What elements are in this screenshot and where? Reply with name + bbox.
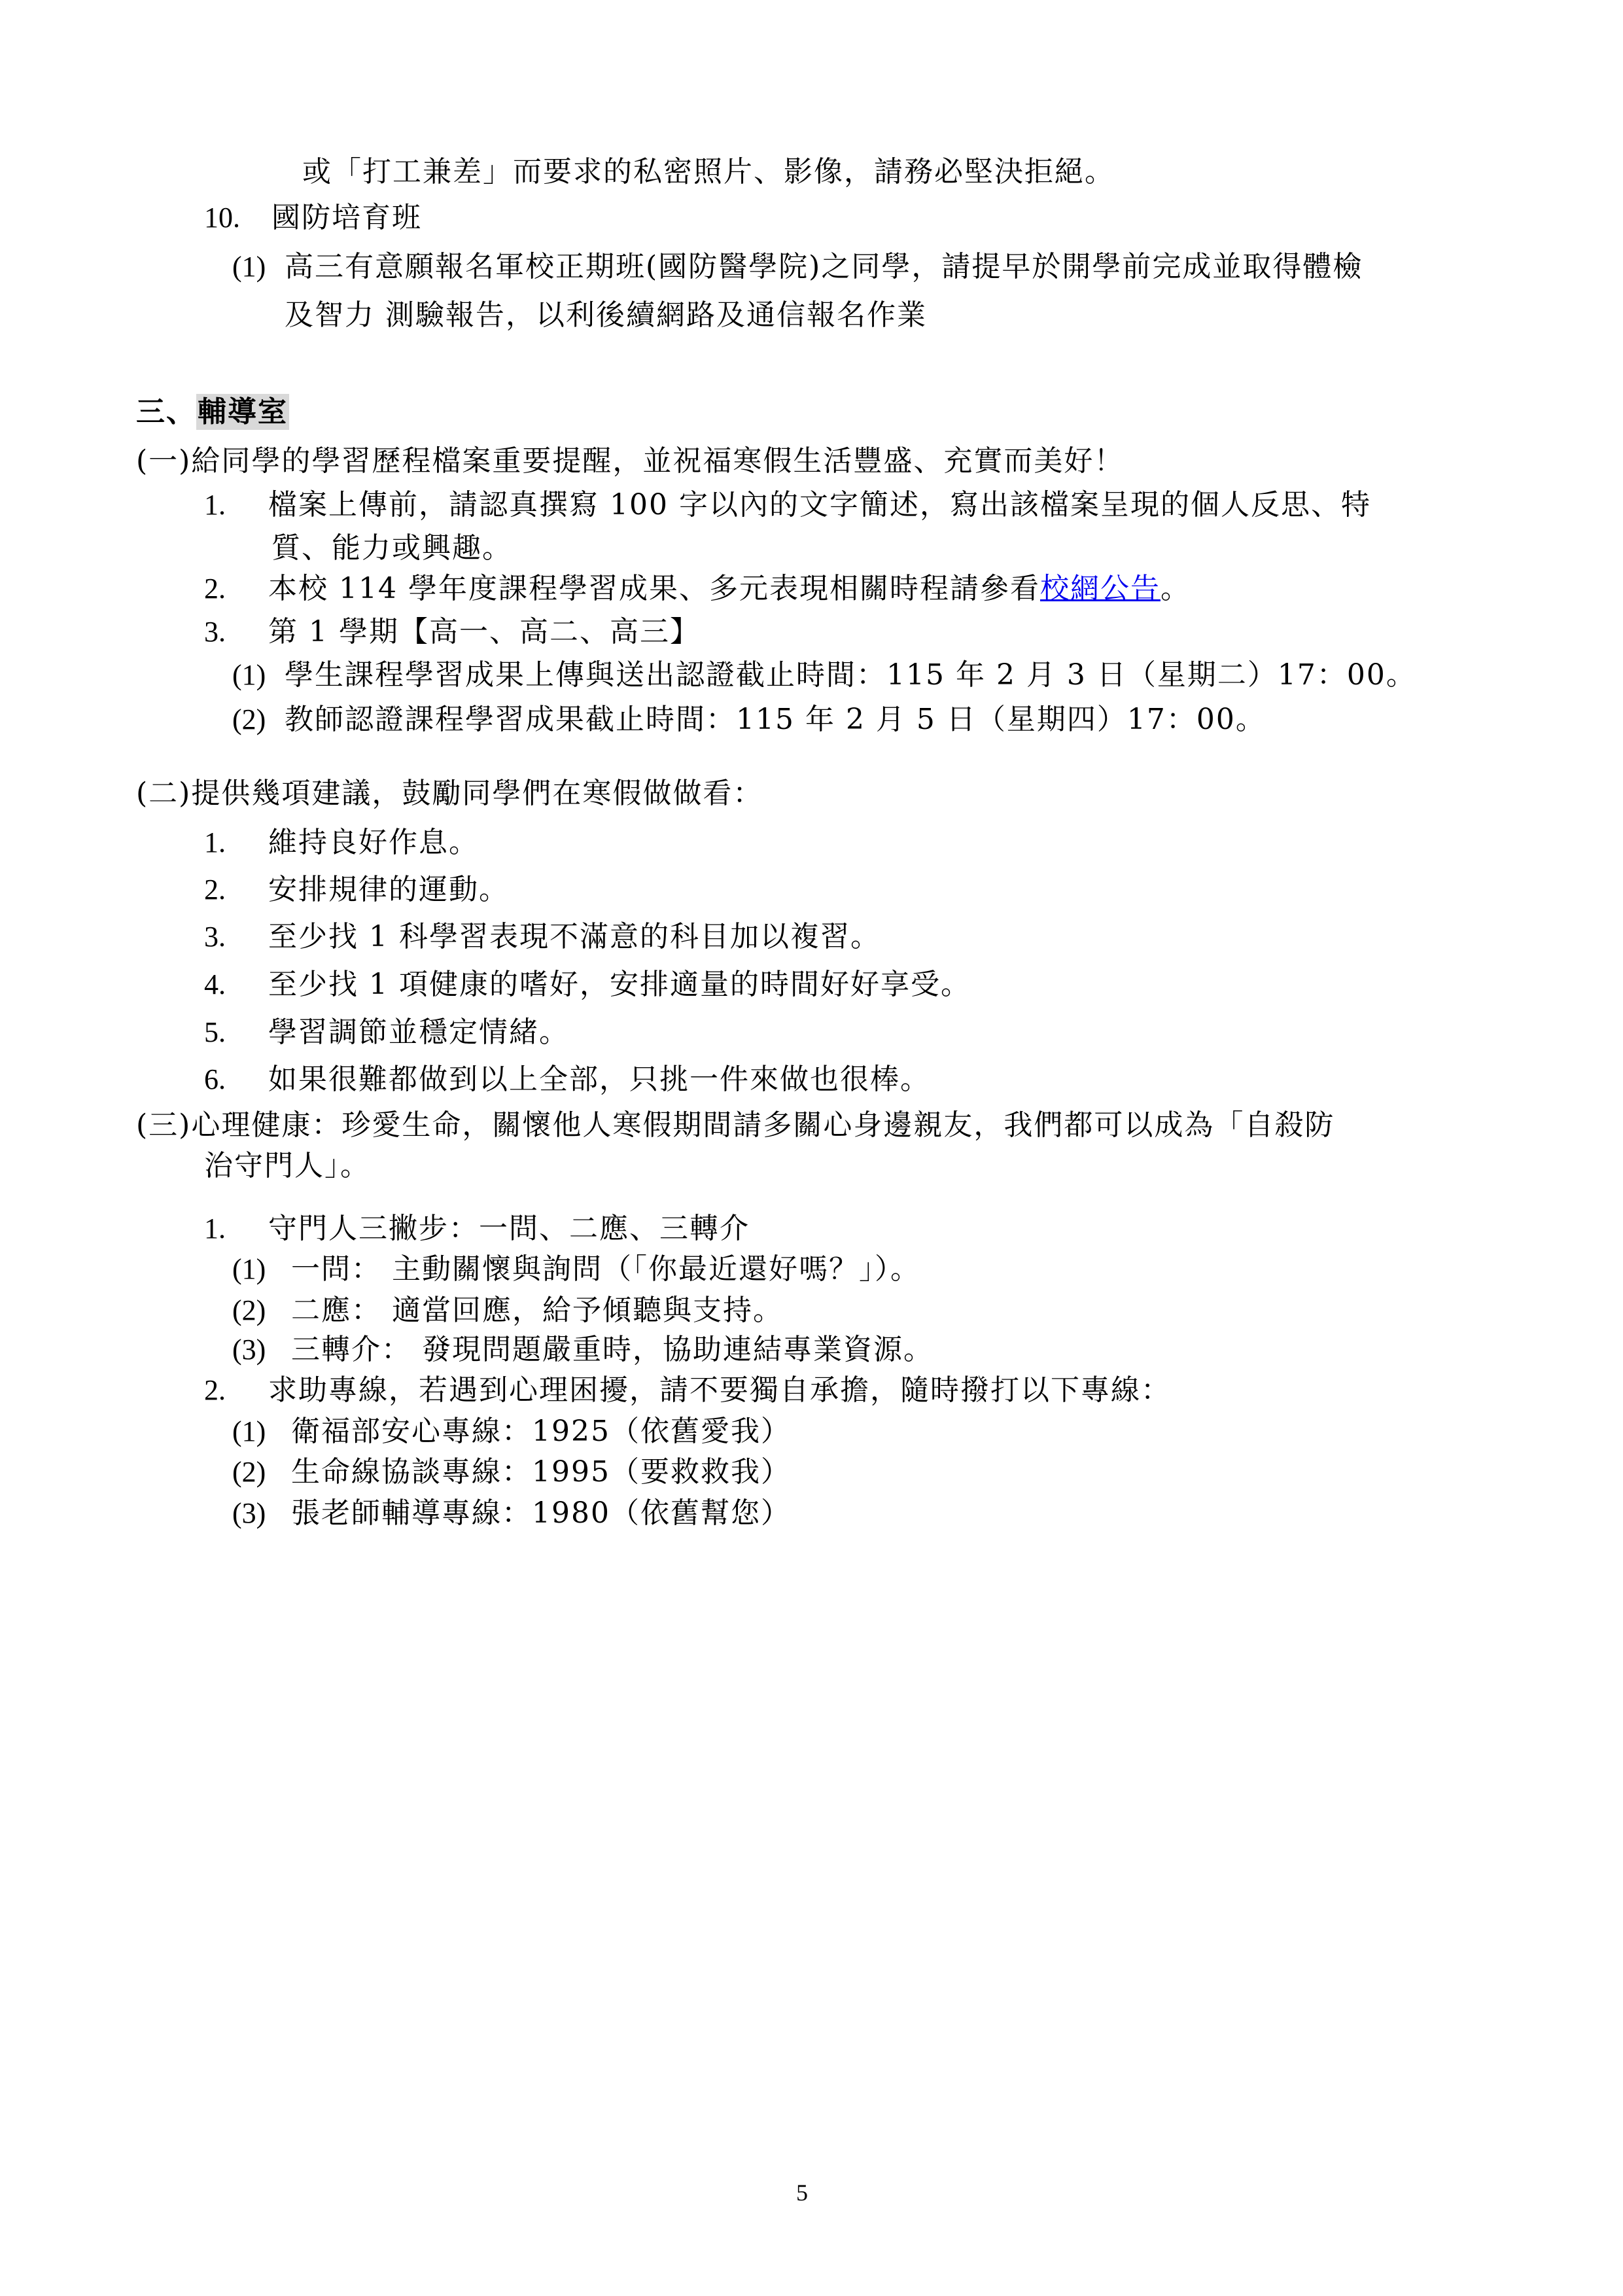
section-heading-title: 輔導室 xyxy=(196,394,289,430)
section-heading-prefix: 三、 xyxy=(136,395,196,429)
item-10-sub1-label: (1) xyxy=(232,249,266,285)
part1-item2-text: 本校 114 學年度課程學習成果、多元表現相關時程請參看校網公告。 xyxy=(268,571,1191,607)
part2-item2-text: 安排規律的運動。 xyxy=(268,872,509,908)
part2-item4-text: 至少找 1 項健康的嗜好，安排適量的時間好好享受。 xyxy=(268,966,971,1003)
item-10-number: 10. xyxy=(204,200,240,236)
part2-item6-number: 6. xyxy=(204,1061,226,1098)
part2-item5-number: 5. xyxy=(204,1014,226,1051)
page-number: 5 xyxy=(796,2179,808,2206)
part1-item3-number: 3. xyxy=(204,614,226,650)
part2-item4-number: 4. xyxy=(204,966,226,1003)
part1-item2-text-before: 本校 114 學年度課程學習成果、多元表現相關時程請參看 xyxy=(268,572,1040,605)
part3-label: (三) xyxy=(136,1108,191,1142)
part3-item1-sub3-text: 三轉介： 發現問題嚴重時，協助連結專業資源。 xyxy=(291,1332,934,1368)
part2-item1-text: 維持良好作息。 xyxy=(268,824,479,861)
hotline-1925: 衛福部安心專線：1925（依舊愛我） xyxy=(291,1413,791,1450)
part3-item2-text: 求助專線，若遇到心理困擾，請不要獨自承擔，隨時撥打以下專線： xyxy=(268,1372,1171,1409)
part3-item1-sub1-label: (1) xyxy=(232,1251,266,1288)
part3-line1: 心理健康：珍愛生命，關懷他人寒假期間請多關心身邊親友，我們都可以成為「自殺防 xyxy=(191,1108,1335,1142)
part2-item3-number: 3. xyxy=(204,919,226,955)
part1-item1-number: 1. xyxy=(204,487,226,523)
part3-item1-sub3-label: (3) xyxy=(232,1332,266,1368)
hotline-1980: 張老師輔導專線：1980（依舊幫您） xyxy=(291,1495,791,1532)
hotline-1995: 生命線協談專線：1995（要救救我） xyxy=(291,1454,791,1491)
part3-item1-sub2-text: 二應： 適當回應，給予傾聽與支持。 xyxy=(291,1292,783,1329)
part1-item2-text-after: 。 xyxy=(1161,572,1191,605)
part2-title: 提供幾項建議，鼓勵同學們在寒假做做看： xyxy=(191,777,763,810)
part3-line2: 治守門人」。 xyxy=(204,1148,370,1184)
part1-item3-sub2-text: 教師認證課程學習成果截止時間：115 年 2 月 5 日（星期四）17：00。 xyxy=(285,701,1266,738)
part3-heading: (三)心理健康：珍愛生命，關懷他人寒假期間請多關心身邊親友，我們都可以成為「自殺… xyxy=(136,1107,1335,1144)
part2-item2-number: 2. xyxy=(204,872,226,908)
item-10-sub1-line1: 高三有意願報名軍校正期班(國防醫學院)之同學，請提早於開學前完成並取得體檢 xyxy=(285,249,1363,285)
part1-item2-number: 2. xyxy=(204,571,226,607)
item-10-sub1-line2: 及智力 測驗報告，以利後續網路及通信報名作業 xyxy=(285,297,927,334)
part1-item1-line2: 質、能力或興趣。 xyxy=(271,530,512,567)
part2-heading: (二)提供幾項建議，鼓勵同學們在寒假做做看： xyxy=(136,775,763,812)
part3-item1-number: 1. xyxy=(204,1210,226,1247)
part3-item2-sub2-label: (2) xyxy=(232,1454,266,1491)
part3-item2-sub1-label: (1) xyxy=(232,1413,266,1450)
part3-item2-sub3-label: (3) xyxy=(232,1495,266,1532)
school-announcement-link[interactable]: 校網公告 xyxy=(1040,572,1161,605)
document-page: 或「打工兼差」而要求的私密照片、影像，請務必堅決拒絕。 10. 國防培育班 (1… xyxy=(0,0,1623,2296)
part2-item5-text: 學習調節並穩定情緒。 xyxy=(268,1014,569,1051)
part3-item1-sub1-text: 一問： 主動關懷與詢問（「你最近還好嗎？」）。 xyxy=(291,1251,920,1288)
part1-label: (一) xyxy=(136,444,191,478)
part2-item3-text: 至少找 1 科學習表現不滿意的科目加以複習。 xyxy=(268,919,881,955)
part1-heading: (一)給同學的學習歷程檔案重要提醒，並祝福寒假生活豐盛、充實而美好！ xyxy=(136,443,1124,480)
part1-item3-sub1-text: 學生課程學習成果上傳與送出認證截止時間：115 年 2 月 3 日（星期二）17… xyxy=(285,657,1416,694)
part1-title: 給同學的學習歷程檔案重要提醒，並祝福寒假生活豐盛、充實而美好！ xyxy=(191,444,1124,478)
part3-item2-number: 2. xyxy=(204,1372,226,1409)
part1-item1-line1: 檔案上傳前，請認真撰寫 100 字以內的文字簡述，寫出該檔案呈現的個人反思、特 xyxy=(268,487,1371,523)
part3-item1-text: 守門人三撇步：一問、二應、三轉介 xyxy=(268,1210,750,1247)
part2-item1-number: 1. xyxy=(204,824,226,861)
part2-item6-text: 如果很難都做到以上全部，只挑一件來做也很棒。 xyxy=(268,1061,930,1098)
part1-item3-text: 第 1 學期【高一、高二、高三】 xyxy=(268,614,700,650)
item-10-title: 國防培育班 xyxy=(271,200,422,236)
part1-item3-sub1-label: (1) xyxy=(232,657,266,694)
part1-item3-sub2-label: (2) xyxy=(232,701,266,738)
section-heading: 三、輔導室 xyxy=(136,394,289,431)
continuation-text: 或「打工兼差」而要求的私密照片、影像，請務必堅決拒絕。 xyxy=(302,154,1115,190)
part3-item1-sub2-label: (2) xyxy=(232,1292,266,1329)
part2-label: (二) xyxy=(136,777,191,810)
